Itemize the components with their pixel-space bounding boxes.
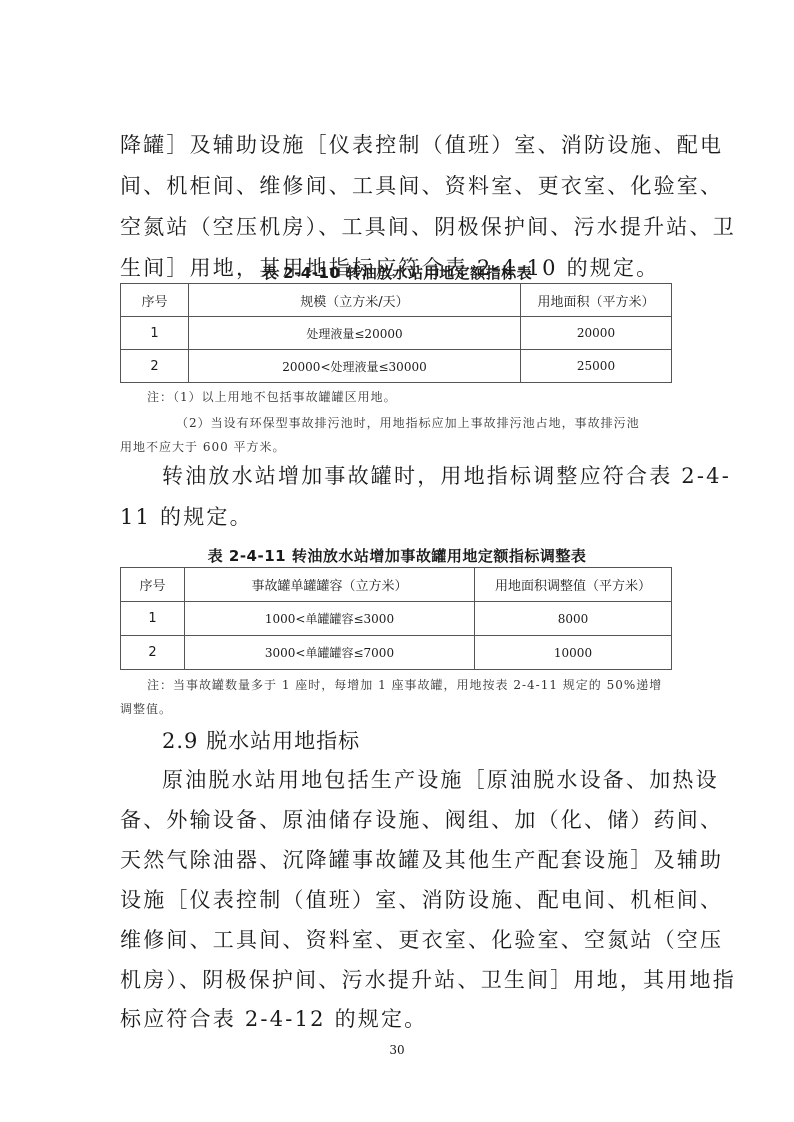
body-text-line: 原油脱水站用地包括生产设施［原油脱水设备、加热设 — [162, 766, 722, 794]
body-text-line: 维修间、工具间、资料室、更衣室、化验室、空氮站（空压 — [120, 926, 680, 954]
cell-index: 2 — [121, 350, 189, 383]
table-note: 注：当事故罐数量多于 1 座时，每增加 1 座事故罐，用地按表 2-4-11 规… — [147, 676, 662, 693]
header-cell: 规模（立方米/天） — [189, 284, 521, 317]
cell-capacity: 1000<单罐罐容≤3000 — [185, 602, 475, 636]
table-caption: 表 2-4-10 转油放水站用地定额指标表 — [0, 262, 794, 283]
table-note: 调整值。 — [120, 700, 172, 717]
header-cell: 序号 — [121, 284, 189, 317]
cell-area: 20000 — [521, 317, 672, 350]
cell-adjustment: 8000 — [475, 602, 672, 636]
table-row: 1 处理液量≤20000 20000 — [121, 317, 672, 350]
header-cell: 序号 — [121, 568, 185, 602]
body-text-line: 降罐］及辅助设施［仪表控制（值班）室、消防设施、配电 — [120, 131, 680, 159]
body-text-line: 备、外输设备、原油储存设施、阀组、加（化、储）药间、 — [120, 806, 680, 834]
body-text-line: 11 的规定。 — [120, 503, 680, 531]
cell-scale: 20000<处理液量≤30000 — [189, 350, 521, 383]
table-note: （2）当设有环保型事故排污池时，用地指标应加上事故排污池占地，事故排污池 — [176, 414, 640, 431]
table-2-4-11: 序号 事故罐单罐罐容（立方米） 用地面积调整值（平方米） 1 1000<单罐罐容… — [120, 567, 672, 670]
table-note: 注：（1）以上用地不包括事故罐罐区用地。 — [147, 388, 397, 405]
cell-area: 25000 — [521, 350, 672, 383]
table-row: 2 3000<单罐罐容≤7000 10000 — [121, 636, 672, 670]
page-number: 30 — [0, 1043, 794, 1057]
body-text-line: 标应符合表 2-4-12 的规定。 — [120, 1005, 680, 1033]
cell-adjustment: 10000 — [475, 636, 672, 670]
body-text-line: 间、机柜间、维修间、工具间、资料室、更衣室、化验室、 — [120, 172, 680, 200]
cell-scale: 处理液量≤20000 — [189, 317, 521, 350]
cell-index: 2 — [121, 636, 185, 670]
table-header-row: 序号 规模（立方米/天） 用地面积（平方米） — [121, 284, 672, 317]
table-2-4-10: 序号 规模（立方米/天） 用地面积（平方米） 1 处理液量≤20000 2000… — [120, 283, 672, 383]
table-caption: 表 2-4-11 转油放水站增加事故罐用地定额指标调整表 — [0, 545, 794, 566]
table-row: 1 1000<单罐罐容≤3000 8000 — [121, 602, 672, 636]
cell-index: 1 — [121, 602, 185, 636]
cell-capacity: 3000<单罐罐容≤7000 — [185, 636, 475, 670]
cell-index: 1 — [121, 317, 189, 350]
body-text-line: 设施［仪表控制（值班）室、消防设施、配电间、机柜间、 — [120, 886, 680, 914]
header-cell: 事故罐单罐罐容（立方米） — [185, 568, 475, 602]
table-header-row: 序号 事故罐单罐罐容（立方米） 用地面积调整值（平方米） — [121, 568, 672, 602]
body-text-line: 天然气除油器、沉降罐事故罐及其他生产配套设施］及辅助 — [120, 846, 680, 874]
table-row: 2 20000<处理液量≤30000 25000 — [121, 350, 672, 383]
body-text-line: 机房）、阴极保护间、污水提升站、卫生间］用地，其用地指 — [120, 966, 680, 994]
header-cell: 用地面积调整值（平方米） — [475, 568, 672, 602]
body-text-line: 空氮站（空压机房）、工具间、阴极保护间、污水提升站、卫 — [120, 213, 680, 241]
section-heading: 2.9 脱水站用地指标 — [162, 727, 722, 755]
table-note: 用地不应大于 600 平方米。 — [120, 438, 286, 455]
body-text-line: 转油放水站增加事故罐时，用地指标调整应符合表 2-4- — [162, 462, 722, 490]
header-cell: 用地面积（平方米） — [521, 284, 672, 317]
